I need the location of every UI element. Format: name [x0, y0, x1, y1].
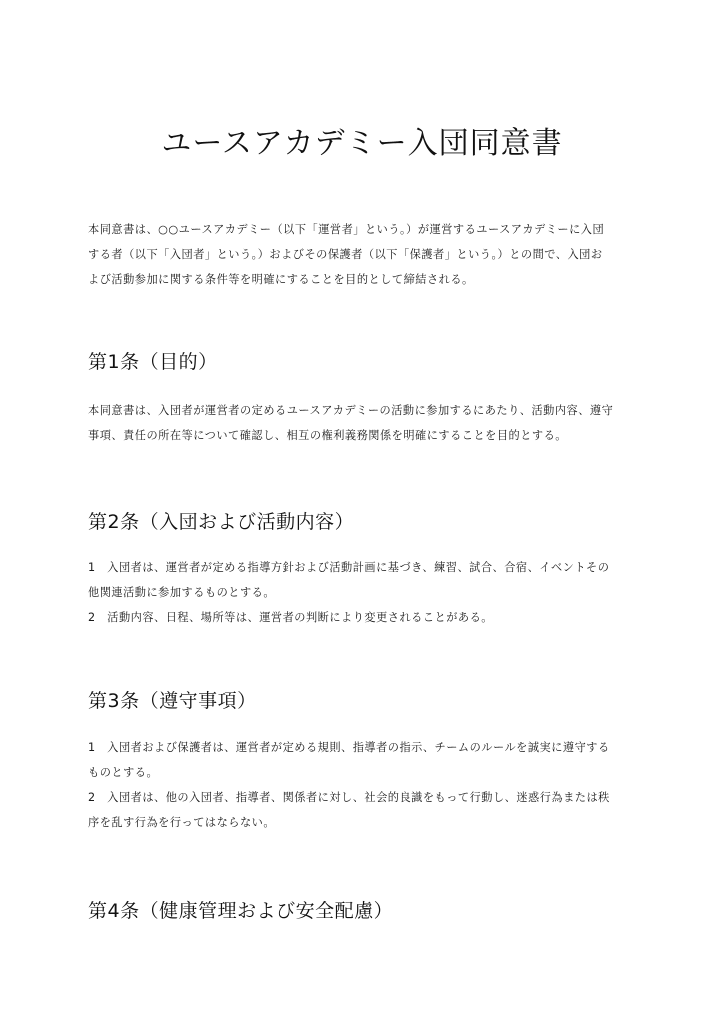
article-3-body: 1 入団者および保護者は、運営者が定める規則、指導者の指示、チームのルールを誠実…	[88, 735, 636, 835]
article-1-line: 事項、責任の所在等について確認し、相互の権利義務関係を明確にすることを目的とする…	[88, 423, 636, 448]
article-3-line: 序を乱す行為を行ってはならない。	[88, 810, 636, 835]
article-3-line: ものとする。	[88, 760, 636, 785]
preamble-line: よび活動参加に関する条件等を明確にすることを目的として締結される。	[88, 267, 636, 292]
article-3-line: 1 入団者および保護者は、運営者が定める規則、指導者の指示、チームのルールを誠実…	[88, 735, 636, 760]
article-4-heading: 第4条（健康管理および安全配慮）	[88, 898, 393, 924]
article-2-line: 2 活動内容、日程、場所等は、運営者の判断により変更されることがある。	[88, 605, 636, 630]
article-1-body: 本同意書は、入団者が運営者の定めるユースアカデミーの活動に参加するにあたり、活動…	[88, 398, 636, 448]
document-page: ユースアカデミー入団同意書 本同意書は、○○ユースアカデミー（以下「運営者」とい…	[0, 0, 724, 1024]
preamble-line: する者（以下「入団者」という。）およびその保護者（以下「保護者」という。）との間…	[88, 242, 636, 267]
preamble-line: 本同意書は、○○ユースアカデミー（以下「運営者」という。）が運営するユースアカデ…	[88, 217, 636, 242]
article-2-line: 1 入団者は、運営者が定める指導方針および活動計画に基づき、練習、試合、合宿、イ…	[88, 555, 636, 580]
article-3-heading: 第3条（遵守事項）	[88, 688, 257, 714]
article-1-line: 本同意書は、入団者が運営者の定めるユースアカデミーの活動に参加するにあたり、活動…	[88, 398, 636, 423]
article-2-body: 1 入団者は、運営者が定める指導方針および活動計画に基づき、練習、試合、合宿、イ…	[88, 555, 636, 630]
article-2-heading: 第2条（入団および活動内容）	[88, 509, 354, 535]
document-title: ユースアカデミー入団同意書	[0, 124, 724, 164]
article-1-heading: 第1条（目的）	[88, 349, 218, 375]
article-3-line: 2 入団者は、他の入団者、指導者、関係者に対し、社会的良識をもって行動し、迷惑行…	[88, 785, 636, 810]
article-2-line: 他関連活動に参加するものとする。	[88, 580, 636, 605]
preamble-paragraph: 本同意書は、○○ユースアカデミー（以下「運営者」という。）が運営するユースアカデ…	[88, 217, 636, 292]
